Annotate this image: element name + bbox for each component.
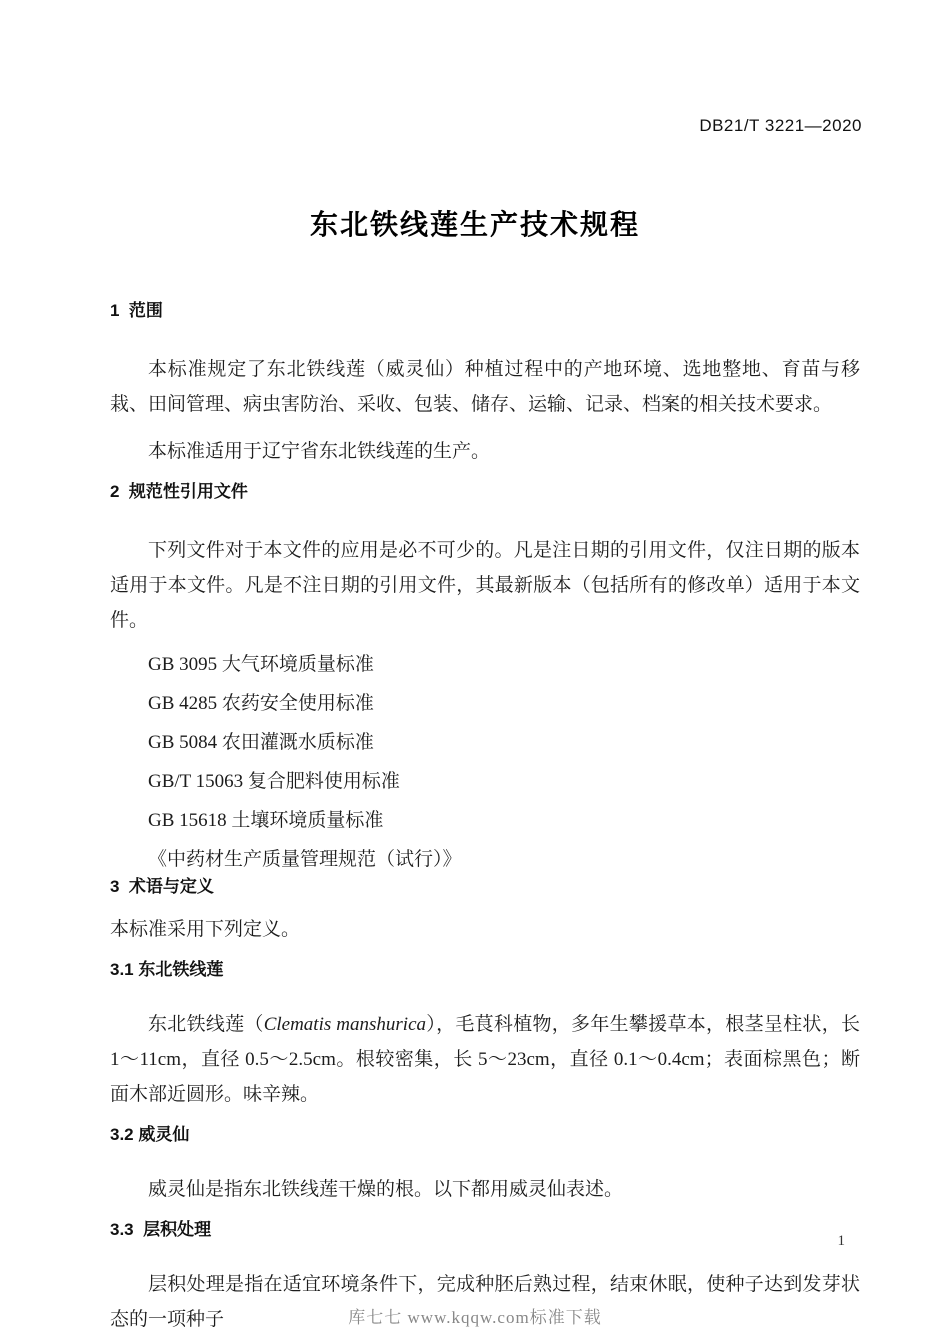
section-heading-normative-references: 2 规范性引用文件	[110, 481, 860, 503]
normative-references-intro: 下列文件对于本文件的应用是必不可少的。凡是注日期的引用文件，仅注日期的版本适用于…	[110, 533, 860, 638]
reference-item-gbt15063: GB/T 15063 复合肥料使用标准	[110, 771, 860, 793]
page-number: 1	[838, 1233, 846, 1250]
document-body: 1 范围 本标准规定了东北铁线莲（威灵仙）种植过程中的产地环境、选地整地、育苗与…	[0, 0, 950, 1344]
footer-watermark: 库七七 www.kqqw.com标准下载	[0, 1303, 950, 1328]
reference-item-gb3095: GB 3095 大气环境质量标准	[110, 654, 860, 676]
section-heading-scope: 1 范围	[110, 300, 860, 322]
subsection-heading-3-1: 3.1 东北铁线莲	[110, 959, 860, 981]
definition-paragraph-3-2: 威灵仙是指东北铁线莲干燥的根。以下都用威灵仙表述。	[110, 1172, 860, 1207]
reference-item-gap-spec: 《中药材生产质量管理规范（试行）》	[110, 849, 860, 871]
reference-item-gb5084: GB 5084 农田灌溉水质标准	[110, 732, 860, 754]
reference-item-gb15618: GB 15618 土壤环境质量标准	[110, 810, 860, 832]
definition-paragraph-3-1: 东北铁线莲（Clematis manshurica），毛茛科植物，多年生攀援草本…	[110, 1007, 860, 1112]
subsection-heading-3-2: 3.2 威灵仙	[110, 1124, 860, 1146]
latin-species-name: Clematis manshurica	[264, 1014, 426, 1035]
subsection-heading-3-3: 3.3 层积处理	[110, 1219, 860, 1241]
definition-3-1-text-before: 东北铁线莲（	[148, 1014, 264, 1035]
reference-item-gb4285: GB 4285 农药安全使用标准	[110, 693, 860, 715]
scope-paragraph-1: 本标准规定了东北铁线莲（威灵仙）种植过程中的产地环境、选地整地、育苗与移栽、田间…	[110, 352, 860, 422]
document-page: DB21/T 3221—2020 东北铁线莲生产技术规程 1 范围 本标准规定了…	[0, 0, 950, 1344]
scope-paragraph-2: 本标准适用于辽宁省东北铁线莲的生产。	[110, 434, 860, 469]
section-heading-terms: 3 术语与定义	[110, 876, 860, 898]
terms-intro: 本标准采用下列定义。	[110, 912, 860, 947]
